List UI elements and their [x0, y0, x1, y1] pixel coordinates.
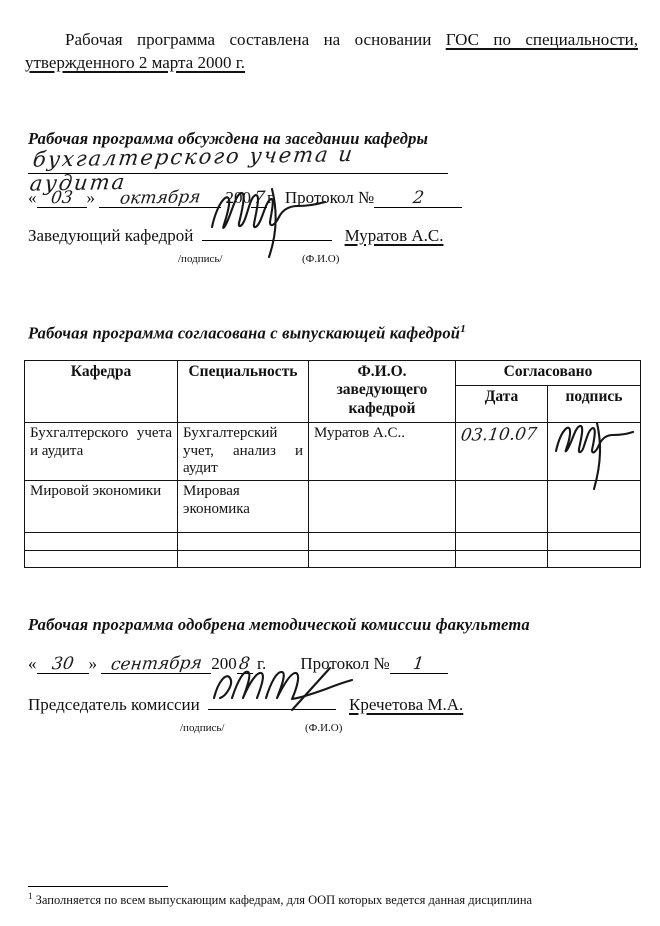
col-header-department: Кафедра	[25, 361, 178, 423]
agreement-table: Кафедра Специальность Ф.И.О. заведующего…	[24, 360, 641, 568]
cell-signature	[548, 551, 641, 568]
signature-caption: /подпись/	[180, 722, 224, 734]
cell-specialty	[178, 533, 309, 551]
intro-underlined-text: утвержденного 2 марта 2000 г.	[25, 53, 245, 72]
cell-fio: Муратов А.С..	[309, 423, 456, 481]
cell-fio	[309, 551, 456, 568]
fio-caption: (Ф.И.О)	[302, 253, 339, 265]
col-header-specialty: Специальность	[178, 361, 309, 423]
footnote: 1 Заполняется по всем выпускающим кафедр…	[28, 891, 634, 908]
fio-caption: (Ф.И.О)	[305, 722, 342, 734]
table-row: Мировой экономики Мировая экономика	[25, 481, 641, 533]
department-handwritten-line: бухгалтерского учета и аудита	[28, 144, 448, 174]
cell-date	[456, 533, 548, 551]
quote-close: »	[87, 188, 96, 207]
quote-close: »	[89, 654, 98, 673]
table-row	[25, 533, 641, 551]
chair-label: Председатель комиссии	[28, 695, 200, 714]
footnote-marker: 1	[28, 891, 33, 901]
footnote-divider	[28, 886, 168, 887]
intro-line-2: утвержденного 2 марта 2000 г.	[25, 51, 638, 74]
cell-date-handwritten: 03.10.07	[460, 424, 538, 445]
cell-specialty	[178, 551, 309, 568]
cell-department	[25, 551, 178, 568]
department-head-signature	[204, 181, 330, 259]
table-row	[25, 551, 641, 568]
scanned-document-page: Рабочая программа составлена на основани…	[0, 0, 660, 926]
cell-specialty: Бухгалтерский учет, анализ и аудит	[178, 423, 309, 481]
intro-line-1: Рабочая программа составлена на основани…	[25, 28, 638, 51]
head-label: Заведующий кафедрой	[28, 226, 193, 245]
signature-caption: /подпись/	[178, 253, 222, 265]
footnote-text: Заполняется по всем выпускающим кафедрам…	[36, 893, 532, 907]
chair-name: Кречетова М.А.	[349, 695, 463, 714]
commission-chair-line: Председатель комиссии Кречетова М.А.	[28, 695, 463, 715]
cell-department: Бухгалтерского учета и аудита	[25, 423, 178, 481]
department-head-line: Заведующий кафедрой Муратов А.С.	[28, 226, 443, 246]
cell-department: Мировой экономики	[25, 481, 178, 533]
day-handwritten: 30	[51, 656, 75, 673]
table-row: Бухгалтерского учета и аудита Бухгалтерс…	[25, 423, 641, 481]
col-header-agreed: Согласовано	[456, 361, 641, 386]
head-name: Муратов А.С.	[345, 226, 444, 245]
table-signature	[550, 411, 638, 497]
section-approved-heading: Рабочая программа одобрена методической …	[28, 615, 530, 635]
protocol-number-handwritten: 2	[412, 190, 425, 207]
month-handwritten: сентября	[110, 655, 203, 674]
signature-line	[208, 696, 336, 710]
quote-open: «	[28, 654, 37, 673]
intro-underlined-text: ГОС по специальности,	[446, 30, 638, 49]
protocol-number-handwritten: 1	[412, 656, 425, 673]
col-header-date: Дата	[456, 386, 548, 423]
col-header-fio: Ф.И.О. заведующего кафедрой	[309, 361, 456, 423]
cell-signature	[548, 533, 641, 551]
month-handwritten: октября	[119, 189, 202, 207]
cell-signature	[548, 423, 641, 481]
cell-fio	[309, 481, 456, 533]
signature-line	[202, 227, 332, 241]
cell-department	[25, 533, 178, 551]
day-handwritten: 03	[50, 190, 74, 207]
cell-fio	[309, 533, 456, 551]
intro-text: Рабочая программа составлена	[65, 30, 309, 49]
intro-paragraph: Рабочая программа составлена на основани…	[25, 28, 638, 74]
quote-open: «	[28, 188, 37, 207]
intro-text: на основании	[324, 30, 432, 49]
section-agreed-heading: Рабочая программа согласована с выпускаю…	[28, 323, 466, 344]
footnote-reference: 1	[460, 323, 466, 335]
cell-specialty: Мировая экономика	[178, 481, 309, 533]
commission-chair-signature	[208, 658, 358, 720]
section-agreed-heading-text: Рабочая программа согласована с выпускаю…	[28, 324, 460, 343]
cell-date	[456, 551, 548, 568]
